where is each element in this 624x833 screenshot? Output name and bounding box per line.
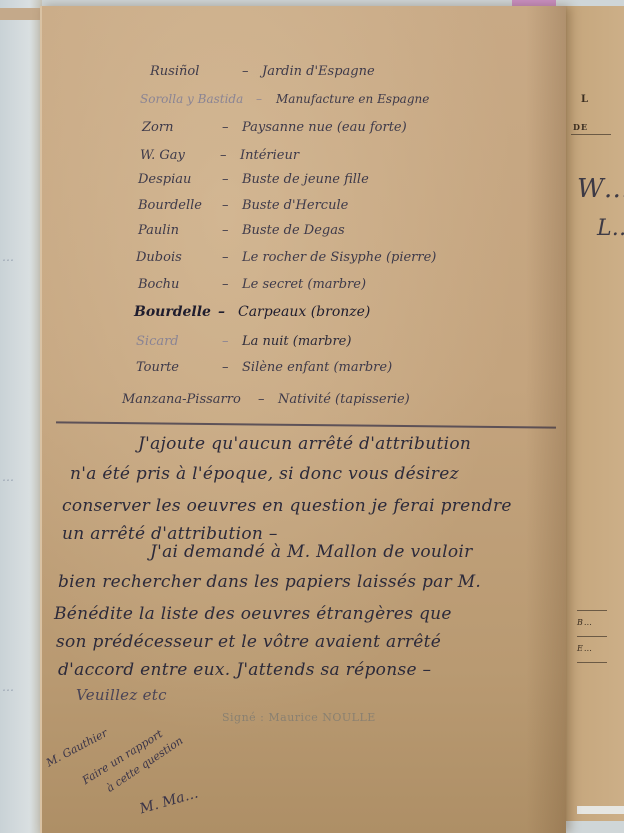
artist-name: Sorolla y Bastida [140, 92, 256, 106]
letter-line: J'ajoute qu'aucun arrêté d'attribution [138, 434, 471, 454]
right-doc-card [577, 806, 624, 814]
artist-name: Despiau [138, 172, 222, 187]
work-title: Le rocher de Sisyphe (pierre) [242, 250, 436, 265]
list-item: Bourdelle–Carpeaux (bronze) [134, 304, 370, 320]
list-item: Zorn–Paysanne nue (eau forte) [142, 120, 407, 135]
work-title: Buste de jeune fille [242, 172, 369, 187]
list-item: Sicard–La nuit (marbre) [136, 334, 351, 349]
artist-name: Dubois [136, 250, 222, 265]
list-item: Dubois–Le rocher de Sisyphe (pierre) [136, 250, 436, 265]
work-title: La nuit (marbre) [242, 334, 351, 349]
closing-line: Veuillez etc [76, 686, 167, 704]
work-title: Buste d'Hercule [242, 198, 348, 213]
work-title: Jardin d'Espagne [262, 64, 375, 79]
letter-line: J'ai demandé à M. Mallon de vouloir [150, 542, 473, 562]
work-title: Buste de Degas [242, 223, 345, 238]
ghost-text: … [2, 250, 14, 264]
right-doc-label: B… [577, 618, 593, 627]
ghost-text: … [2, 680, 14, 694]
work-title: Intérieur [240, 148, 299, 163]
artist-name: Zorn [142, 120, 222, 135]
letter-line: Bénédite la liste des oeuvres étrangères… [54, 604, 452, 624]
artist-name: Tourte [136, 360, 222, 375]
list-item: Bochu–Le secret (marbre) [138, 277, 366, 292]
artist-name: Rusiñol [150, 64, 242, 79]
right-doc-label: E… [577, 644, 593, 653]
list-item: Paulin–Buste de Degas [138, 223, 345, 238]
list-item: Rusiñol–Jardin d'Espagne [150, 64, 375, 79]
section-divider [56, 421, 556, 428]
artist-name: Bochu [138, 277, 222, 292]
ghost-text: … [2, 470, 14, 484]
list-item: Tourte–Silène enfant (marbre) [136, 360, 392, 375]
letter-line: d'accord entre eux. J'attends sa réponse… [58, 660, 431, 680]
letter-page: Rusiñol–Jardin d'Espagne Sorolla y Basti… [40, 6, 566, 833]
letter-line: bien rechercher dans les papiers laissés… [58, 572, 481, 592]
work-title: Carpeaux (bronze) [238, 304, 370, 320]
letter-line: son prédécesseur et le vôtre avaient arr… [56, 632, 441, 652]
right-doc-handwriting: W… [577, 174, 624, 204]
work-title: Paysanne nue (eau forte) [242, 120, 407, 135]
right-doc-rule [577, 636, 607, 637]
typed-signature: Signé : Maurice NOULLE [222, 711, 376, 724]
right-doc-rule [571, 134, 611, 135]
work-title: Manufacture en Espagne [276, 92, 429, 106]
right-doc-header: L [581, 94, 589, 105]
annotation-initials: M. Ma… [138, 785, 200, 817]
artist-name: Sicard [136, 334, 222, 349]
artist-name: Paulin [138, 223, 222, 238]
letter-line: conserver les oeuvres en question je fer… [62, 496, 512, 516]
artist-name: Bourdelle [138, 198, 222, 213]
artist-name: Manzana-Pissarro [122, 392, 258, 407]
list-item: Despiau–Buste de jeune fille [138, 172, 369, 187]
work-title: Le secret (marbre) [242, 277, 366, 292]
background-right-document: L DE W… L… B… E… [560, 6, 624, 821]
background-strip [0, 8, 42, 20]
work-title: Silène enfant (marbre) [242, 360, 392, 375]
right-doc-rule [577, 662, 607, 663]
letter-line: un arrêté d'attribution – [62, 524, 278, 544]
letter-line: n'a été pris à l'époque, si donc vous dé… [70, 464, 459, 484]
list-item: Manzana-Pissarro–Nativité (tapisserie) [122, 392, 410, 407]
right-doc-handwriting: L… [597, 216, 624, 241]
background-left-document: … … … [0, 0, 42, 833]
work-title: Nativité (tapisserie) [278, 392, 410, 407]
artist-name: Bourdelle [134, 304, 218, 320]
artist-name: W. Gay [140, 148, 220, 163]
right-doc-subheader: DE [573, 122, 588, 132]
list-item: Bourdelle–Buste d'Hercule [138, 198, 348, 213]
list-item: Sorolla y Bastida–Manufacture en Espagne [140, 92, 429, 106]
list-item: W. Gay–Intérieur [140, 148, 299, 163]
right-doc-rule [577, 610, 607, 611]
